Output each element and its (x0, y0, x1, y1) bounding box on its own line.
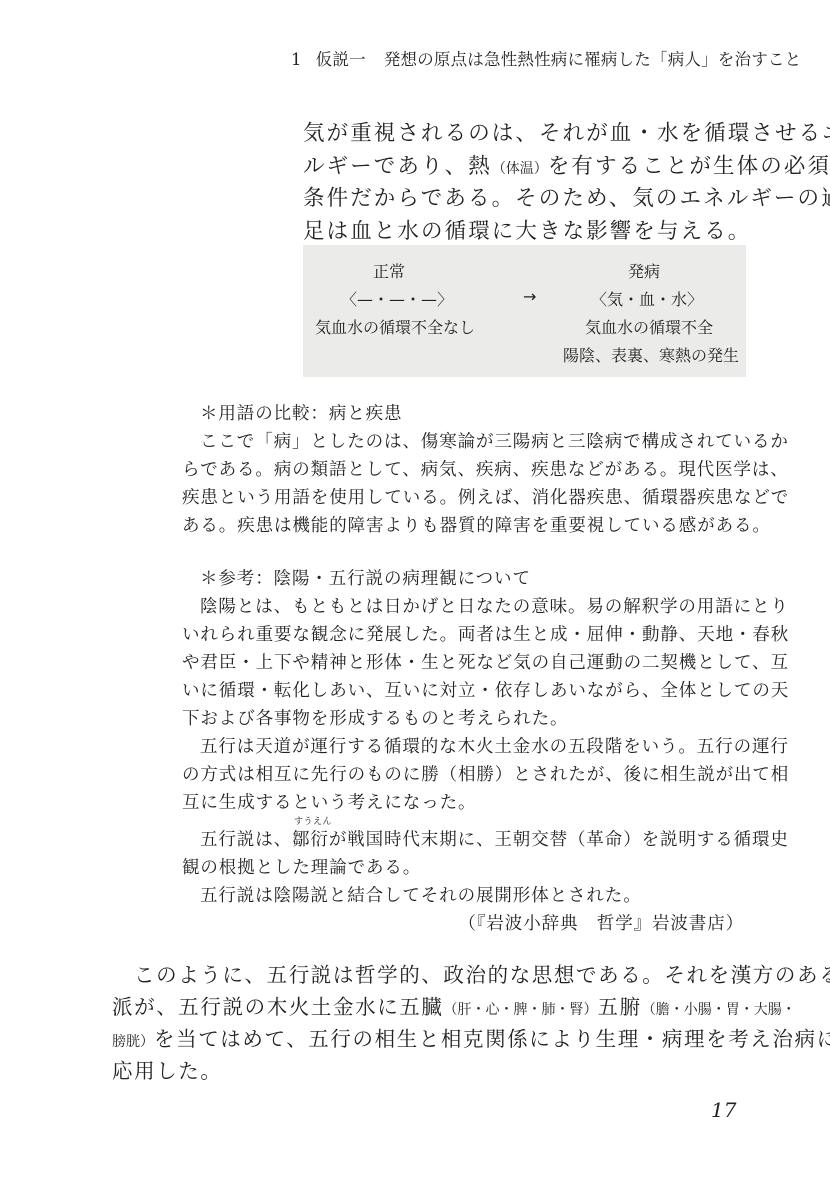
text-line: いに循環・転化しあい、互いに対立・依存しあいながら、全体としての天 (182, 677, 789, 702)
normal-desc: 気血水の循環不全なし (315, 315, 475, 338)
text-line: や君臣・上下や精神と形体・生と死など気の自己運動の二契機として、互 (182, 649, 789, 674)
text-line: ルギーであり、熱（体温）を有することが生体の必須 (303, 149, 830, 180)
inline-note: （体温） (492, 161, 548, 177)
arrow-icon: → (523, 287, 536, 306)
text-line: 下および各事物を形成するものと考えられた。 (182, 705, 568, 730)
disease-symbol: 〈気・血・水〉 (591, 287, 703, 310)
text-line: 足は血と水の循環に大きな影響を与える。 (303, 214, 751, 245)
disease-desc: 気血水の循環不全 (585, 315, 713, 338)
text-line: 気が重視されるのは、それが血・水を循環させるエネ (303, 116, 830, 147)
text-line: 疾患という用語を使用している。例えば、消化器疾患、循環器疾患などで (182, 484, 789, 509)
text-line: 五行説は陰陽説と結合してそれの展開形体とされた。 (200, 882, 642, 907)
text-line: 五行説は、すうえん鄒衍が戦国時代末期に、王朝交替（革命）を説明する循環史 (200, 826, 789, 851)
text-line: 膀胱）を当てはめて、五行の相生と相克関係により生理・病理を考え治病に (112, 1022, 830, 1052)
header-title: 発想の原点は急性熱性病に罹病した「病人」を治すこと (384, 50, 802, 69)
text-line: 派が、五行説の木火土金水に五臓（肝・心・脾・肺・腎）五腑（膽・小腸・胃・大腸・ (112, 990, 796, 1020)
text-line: らである。病の類語として、病気、疾病、疾患などがある。現代医学は、 (182, 456, 789, 481)
note-heading: ＊用語の比較：病と疾患 (200, 400, 402, 425)
text-line: 互に生成するという考えになった。 (182, 789, 476, 814)
citation: （『岩波小辞典 哲学』岩波書店） (458, 910, 744, 935)
page-number: 17 (711, 1098, 736, 1122)
ruby-reading: すうえん (294, 814, 332, 827)
note-heading: ＊参考：陰陽・五行説の病理観について (200, 565, 531, 590)
text-line: 観の根拠とした理論である。 (182, 854, 421, 879)
disease-desc2: 陽陰、表裏、寒熱の発生 (563, 343, 739, 366)
normal-symbol: 〈—・—・—〉 (341, 287, 453, 310)
chapter-number: 1 (291, 50, 302, 69)
running-header: 1仮説一発想の原点は急性熱性病に罹病した「病人」を治すこと (291, 46, 801, 70)
normal-heading: 正常 (373, 259, 405, 282)
text-line: 条件だからである。そのため、気のエネルギーの過不 (303, 181, 830, 212)
text-line: このように、五行説は哲学的、政治的な思想である。それを漢方のある学 (134, 958, 830, 988)
section-label: 仮説一 (316, 50, 366, 69)
text-line: ある。疾患は機能的障害よりも器質的障害を重要視している感がある。 (182, 512, 771, 537)
text-line: いれられ重要な観念に発展した。両者は生と成・屈伸・動静、天地・春秋 (182, 621, 789, 646)
diagram-box: 正常 〈—・—・—〉 気血水の循環不全なし → 発病 〈気・血・水〉 気血水の循… (303, 245, 746, 377)
text-line: 応用した。 (112, 1054, 223, 1084)
text-line: ここで「病」としたのは、傷寒論が三陽病と三陰病で構成されているか (200, 428, 789, 453)
text-line: 五行は天道が運行する循環的な木火土金水の五段階をいう。五行の運行 (200, 733, 789, 758)
disease-heading: 発病 (628, 259, 660, 282)
text-line: の方式は相互に先行のものに勝（相勝）とされたが、後に相生説が出て相 (182, 761, 789, 786)
text-line: 陰陽とは、もともとは日かげと日なたの意味。易の解釈学の用語にとり (200, 593, 789, 618)
ruby-annotation: すうえん鄒衍 (292, 826, 329, 851)
